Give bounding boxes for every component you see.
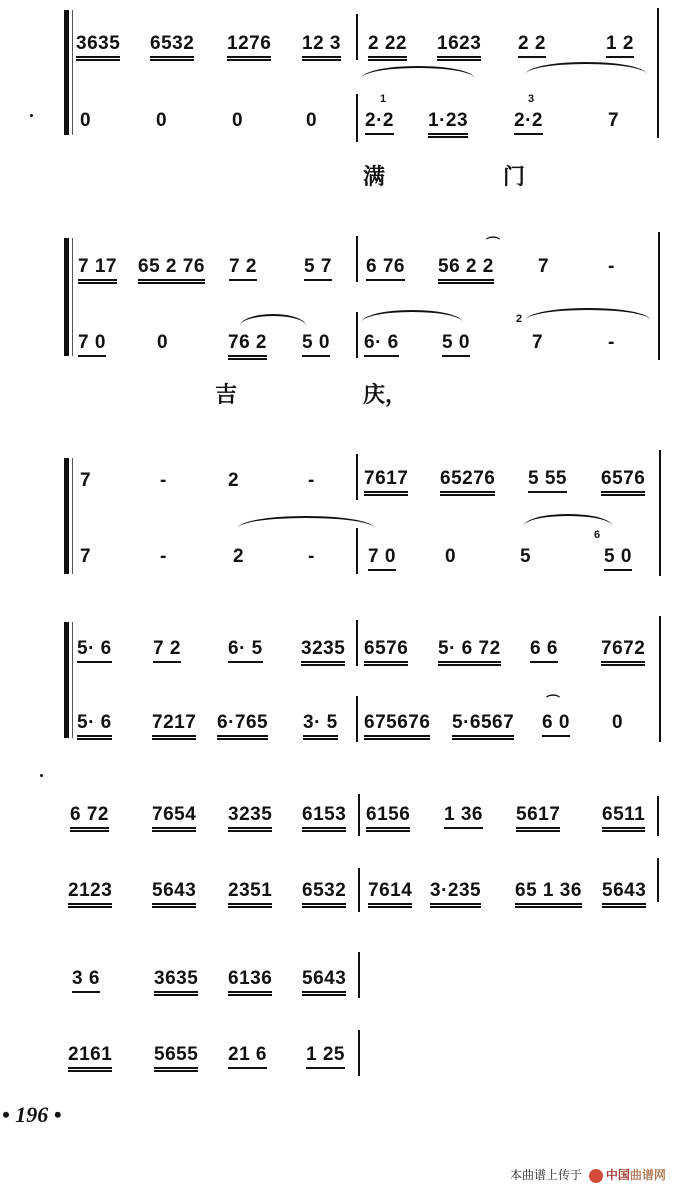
barline-end xyxy=(659,616,661,742)
note-group: 3635 xyxy=(154,968,198,996)
system-brace xyxy=(64,458,69,574)
system-brace xyxy=(64,238,69,356)
fermata-icon: ⌒ xyxy=(546,692,560,712)
note: 0 xyxy=(306,110,317,132)
note-group: 6·765 xyxy=(217,712,268,740)
note-group: 7 0 xyxy=(368,546,396,571)
note-group: 7614 xyxy=(368,880,412,908)
note-group: 56 2 2 xyxy=(438,256,494,284)
note: 2 xyxy=(233,546,244,568)
system-brace xyxy=(64,10,69,135)
note: 7 xyxy=(538,256,549,278)
grace-note: 2 xyxy=(516,314,522,325)
slur xyxy=(526,308,650,320)
grace-note: 3 xyxy=(528,94,534,105)
stray-mark xyxy=(40,774,43,777)
barline-end xyxy=(658,232,660,360)
note-group: 5· 6 xyxy=(77,712,112,740)
note-group: 7617 xyxy=(364,468,408,496)
note-group: 6576 xyxy=(364,638,408,666)
note-group: 6 6 xyxy=(530,638,558,663)
lyric: 吉 xyxy=(215,378,237,409)
note-group: 6576 xyxy=(601,468,645,496)
note-group: 65 1 36 xyxy=(515,880,582,908)
note-group: 5643 xyxy=(152,880,196,908)
note-group: 6 0 xyxy=(542,712,570,737)
note: 0 xyxy=(612,712,623,734)
note-group: 6156 xyxy=(366,804,410,832)
note: 0 xyxy=(232,110,243,132)
note-group: 7672 xyxy=(601,638,645,666)
note-group: 7217 xyxy=(152,712,196,740)
bullet-icon: • xyxy=(2,1102,15,1127)
note: - xyxy=(160,546,167,568)
note: - xyxy=(308,546,315,568)
barline xyxy=(358,952,360,998)
barline xyxy=(358,868,360,912)
note-group: 12 3 xyxy=(302,33,341,61)
slur xyxy=(362,66,474,78)
page-number: • 196 • xyxy=(2,1102,61,1128)
system-brace xyxy=(64,622,69,738)
barline xyxy=(356,312,358,358)
note: - xyxy=(608,256,615,278)
note-group: 76 2 xyxy=(228,332,267,360)
note-group: 5 0 xyxy=(442,332,470,357)
note-group: 3 6 xyxy=(72,968,100,993)
slur xyxy=(524,514,612,526)
note-group: 3235 xyxy=(301,638,345,666)
note-group: 2 2 xyxy=(518,33,546,58)
note-group: 5· 6 xyxy=(77,638,112,663)
note-group: 6· 5 xyxy=(228,638,263,663)
note-group: 6511 xyxy=(602,804,645,832)
note-group: 3·235 xyxy=(430,880,481,908)
note-group: 7 2 xyxy=(229,256,257,281)
note-group: 1623 xyxy=(437,33,481,61)
slur xyxy=(240,314,306,326)
note-group: 5 0 xyxy=(604,546,632,571)
site-name-b: 曲谱网 xyxy=(630,1168,666,1182)
note-group: 5 55 xyxy=(528,468,567,493)
note-group: 65 2 76 xyxy=(138,256,205,284)
fermata-icon: ⌒ xyxy=(486,234,500,254)
note-group: 1276 xyxy=(227,33,271,61)
barline-end xyxy=(659,450,661,576)
note-group: 675676 xyxy=(364,712,430,740)
note-group: 3235 xyxy=(228,804,272,832)
note-group: 6136 xyxy=(228,968,272,996)
page-number-text: 196 xyxy=(15,1102,48,1127)
note-group: 6 72 xyxy=(70,804,109,832)
note: - xyxy=(308,470,315,492)
note-group: 5 0 xyxy=(302,332,330,357)
note: 7 xyxy=(80,470,91,492)
note-group: 5 7 xyxy=(304,256,332,281)
note: 0 xyxy=(157,332,168,354)
note-group: 3· 5 xyxy=(303,712,338,740)
note-group: 5· 6 72 xyxy=(438,638,501,666)
note: 0 xyxy=(445,546,456,568)
barline xyxy=(356,620,358,666)
note: 7 xyxy=(532,332,543,354)
note-group: 1 25 xyxy=(306,1044,345,1069)
note-group: 2·2 xyxy=(365,110,394,135)
stray-mark xyxy=(30,114,33,117)
footer-watermark: 本曲谱上传于 中国曲谱网 xyxy=(510,1166,666,1183)
system-brace-line xyxy=(72,10,73,135)
barline xyxy=(356,94,358,142)
barline xyxy=(356,528,358,574)
barline xyxy=(657,858,659,902)
note-group: 5617 xyxy=(516,804,560,832)
note-group: 2 22 xyxy=(368,33,407,61)
note-group: 7654 xyxy=(152,804,196,832)
barline xyxy=(356,236,358,282)
barline xyxy=(356,696,358,742)
note-group: 5655 xyxy=(154,1044,198,1072)
note-group: 6 76 xyxy=(366,256,405,281)
note-group: 7 17 xyxy=(78,256,117,284)
note-group: 6532 xyxy=(150,33,194,61)
barline xyxy=(358,794,360,836)
note-group: 2·2 xyxy=(514,110,543,135)
note: 0 xyxy=(156,110,167,132)
note-group: 5643 xyxy=(602,880,646,908)
note-group: 2161 xyxy=(68,1044,112,1072)
note-group: 5643 xyxy=(302,968,346,996)
note-group: 2123 xyxy=(68,880,112,908)
system-brace-line xyxy=(72,238,73,356)
note-group: 7 0 xyxy=(78,332,106,357)
note-group: 7 2 xyxy=(153,638,181,663)
barline xyxy=(356,14,358,60)
upload-text: 本曲谱上传于 xyxy=(510,1168,582,1182)
note-group: 65276 xyxy=(440,468,495,496)
note: 5 xyxy=(520,546,531,568)
note-group: 1 2 xyxy=(606,33,634,58)
grace-note: 6 xyxy=(594,530,600,541)
note-group: 1 36 xyxy=(444,804,483,829)
slur xyxy=(526,62,646,74)
barline xyxy=(358,1030,360,1076)
slur xyxy=(362,310,462,322)
note-group: 6· 6 xyxy=(364,332,399,357)
slur xyxy=(238,516,374,528)
site-name-a: 中国 xyxy=(606,1168,630,1182)
note: - xyxy=(160,470,167,492)
system-brace-line xyxy=(72,458,73,574)
note: 7 xyxy=(608,110,619,132)
lyric: 庆， xyxy=(363,378,407,409)
note: - xyxy=(608,332,615,354)
barline-end xyxy=(657,8,659,138)
note-group: 5·6567 xyxy=(452,712,514,740)
bullet-icon: • xyxy=(48,1102,61,1127)
note: 2 xyxy=(228,470,239,492)
note-group: 1·23 xyxy=(428,110,468,138)
note-group: 2351 xyxy=(228,880,272,908)
note-group: 3635 xyxy=(76,33,120,61)
note: 0 xyxy=(80,110,91,132)
site-logo-icon xyxy=(589,1169,603,1183)
note-group: 21 6 xyxy=(228,1044,267,1069)
note-group: 6532 xyxy=(302,880,346,908)
barline xyxy=(356,454,358,500)
barline xyxy=(657,796,659,836)
grace-note: 1 xyxy=(380,94,386,105)
lyric: 门 xyxy=(503,160,525,191)
note: 7 xyxy=(80,546,91,568)
lyric: 满 xyxy=(363,160,385,191)
note-group: 6153 xyxy=(302,804,346,832)
system-brace-line xyxy=(72,622,73,738)
